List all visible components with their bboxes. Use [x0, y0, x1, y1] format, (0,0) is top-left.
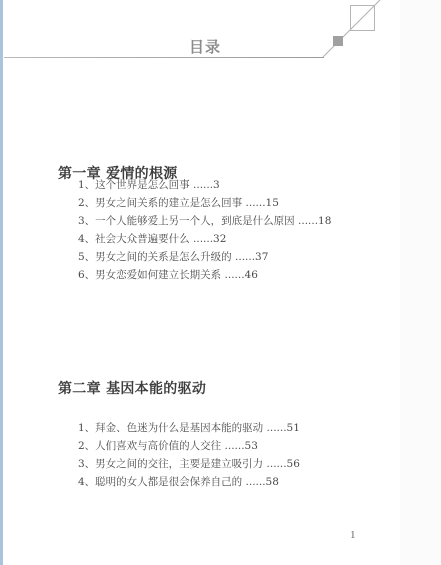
page-left-edge [0, 0, 3, 565]
chapter-1-toc: 1、这个世界是怎么回事 ......3 2、男女之间关系的建立是怎么回事 ...… [78, 176, 331, 284]
toc-entry[interactable]: 3、一个人能够爱上另一个人，到底是什么原因 ......18 [78, 212, 331, 230]
toc-entry[interactable]: 1、这个世界是怎么回事 ......3 [78, 176, 331, 194]
header-decoration-icon [0, 0, 441, 70]
page-right-margin [400, 0, 441, 565]
page-number: 1 [350, 529, 356, 541]
toc-entry[interactable]: 4、聪明的女人都是很会保养自己的 ......58 [78, 473, 300, 491]
page-title: 目录 [189, 36, 221, 57]
chapter-2-toc: 1、拜金、色迷为什么是基因本能的驱动 ......51 2、人们喜欢与高价值的人… [78, 419, 300, 491]
toc-entry[interactable]: 4、社会大众普遍要什么 ......32 [78, 230, 331, 248]
toc-entry[interactable]: 5、男女之间的关系是怎么升级的 ......37 [78, 248, 331, 266]
toc-entry[interactable]: 3、男女之间的交往，主要是建立吸引力 ......56 [78, 455, 300, 473]
chapter-heading-2: 第二章 基因本能的驱动 [58, 378, 206, 398]
toc-entry[interactable]: 6、男女恋爱如何建立长期关系 ......46 [78, 266, 331, 284]
toc-entry[interactable]: 2、男女之间关系的建立是怎么回事 ......15 [78, 194, 331, 212]
toc-entry[interactable]: 2、人们喜欢与高价值的人交往 ......53 [78, 437, 300, 455]
toc-entry[interactable]: 1、拜金、色迷为什么是基因本能的驱动 ......51 [78, 419, 300, 437]
